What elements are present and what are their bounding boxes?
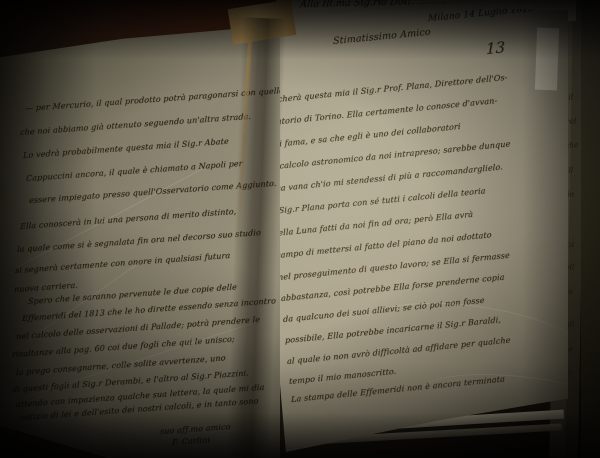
- right-page: Milano 14 Luglio 1813 Stimatissimo Amico…: [240, 6, 568, 452]
- underlying-page-edge: [581, 0, 600, 458]
- right-page-shading: [240, 6, 568, 452]
- edge-text-fragment: in: [567, 189, 574, 199]
- page-corner-tab: [535, 28, 559, 91]
- manuscript-photo: ill rel che ill in ca ell la all la fo A…: [0, 0, 600, 458]
